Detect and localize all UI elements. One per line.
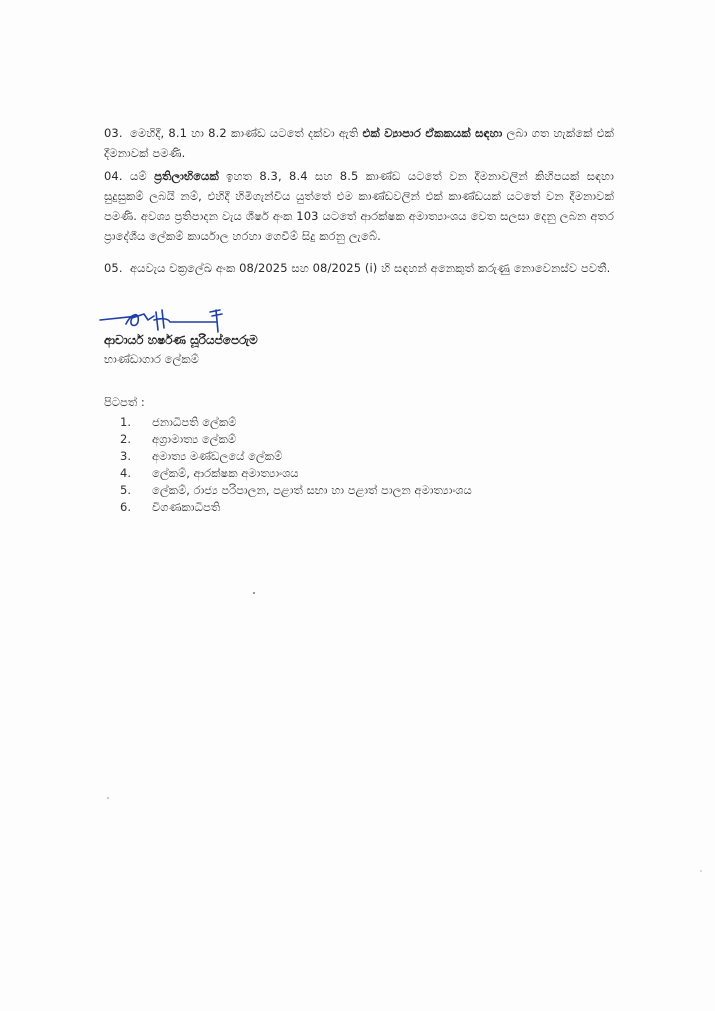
copies-label: පිටපත් :	[104, 395, 145, 410]
paragraph-text: යම්	[130, 169, 154, 183]
signer-name: ආචාර්ය හර්ෂණ සූරියප්පෙරුම	[104, 333, 258, 348]
list-item: 3.අමාත්‍ය මණ්ඩලයේ ලේකම්	[120, 448, 472, 465]
paragraph-number: 04.	[104, 166, 130, 186]
paragraph-number: 05.	[104, 258, 130, 278]
paragraph-text: අයවැය චක්‍රලේඛ අංක 08/2025 සහ 08/2025 (i…	[130, 261, 610, 275]
list-number: 2.	[120, 431, 152, 448]
list-number: 5.	[120, 482, 152, 499]
list-text: අග්‍රාමාත්‍ය ලේකම්	[152, 431, 236, 448]
list-number: 6.	[120, 499, 152, 516]
paragraph-number: 03.	[104, 123, 130, 143]
list-text: ජනාධිපති ලේකම්	[152, 414, 236, 431]
paragraph-emphasis: එක් ව්‍යාපාර ඒකකයක් සඳහා	[363, 126, 503, 140]
list-item: 1.ජනාධිපති ලේකම්	[120, 414, 472, 431]
paragraph-04: 04.යම් ප්‍රතිලාභියෙක් ඉහත 8.3, 8.4 සහ 8.…	[104, 166, 614, 246]
list-text: විගණකාධිපති	[152, 499, 220, 516]
list-item: 5.ලේකම්, රාජ්‍ය පරිපාලන, පළාත් සභා හා පළ…	[120, 482, 472, 499]
list-item: 2.අග්‍රාමාත්‍ය ලේකම්	[120, 431, 472, 448]
signer-title: භාණ්ඩාගාර ලේකම්	[104, 352, 199, 367]
paragraph-text: මෙහිදී, 8.1 හා 8.2 කාණ්ඩ යටතේ දක්වා ඇති	[130, 126, 363, 140]
scan-speck	[107, 797, 109, 799]
scan-speck	[253, 592, 255, 594]
list-item: 4.ලේකම්, ආරක්ෂක අමාත්‍යාංශය	[120, 465, 472, 482]
list-number: 3.	[120, 448, 152, 465]
document-page: 03.මෙහිදී, 8.1 හා 8.2 කාණ්ඩ යටතේ දක්වා ඇ…	[0, 0, 715, 1011]
list-text: අමාත්‍ය මණ්ඩලයේ ලේකම්	[152, 448, 282, 465]
list-text: ලේකම්, රාජ්‍ය පරිපාලන, පළාත් සභා හා පළාත…	[152, 482, 472, 499]
paragraph-05: 05.අයවැය චක්‍රලේඛ අංක 08/2025 සහ 08/2025…	[104, 258, 614, 278]
list-text: ලේකම්, ආරක්ෂක අමාත්‍යාංශය	[152, 465, 299, 482]
scan-speck	[700, 870, 702, 872]
copies-list: 1.ජනාධිපති ලේකම් 2.අග්‍රාමාත්‍ය ලේකම් 3.…	[120, 414, 472, 516]
list-number: 4.	[120, 465, 152, 482]
paragraph-03: 03.මෙහිදී, 8.1 හා 8.2 කාණ්ඩ යටතේ දක්වා ඇ…	[104, 123, 614, 163]
list-number: 1.	[120, 414, 152, 431]
list-item: 6.විගණකාධිපති	[120, 499, 472, 516]
paragraph-emphasis: ප්‍රතිලාභියෙක්	[154, 169, 219, 183]
